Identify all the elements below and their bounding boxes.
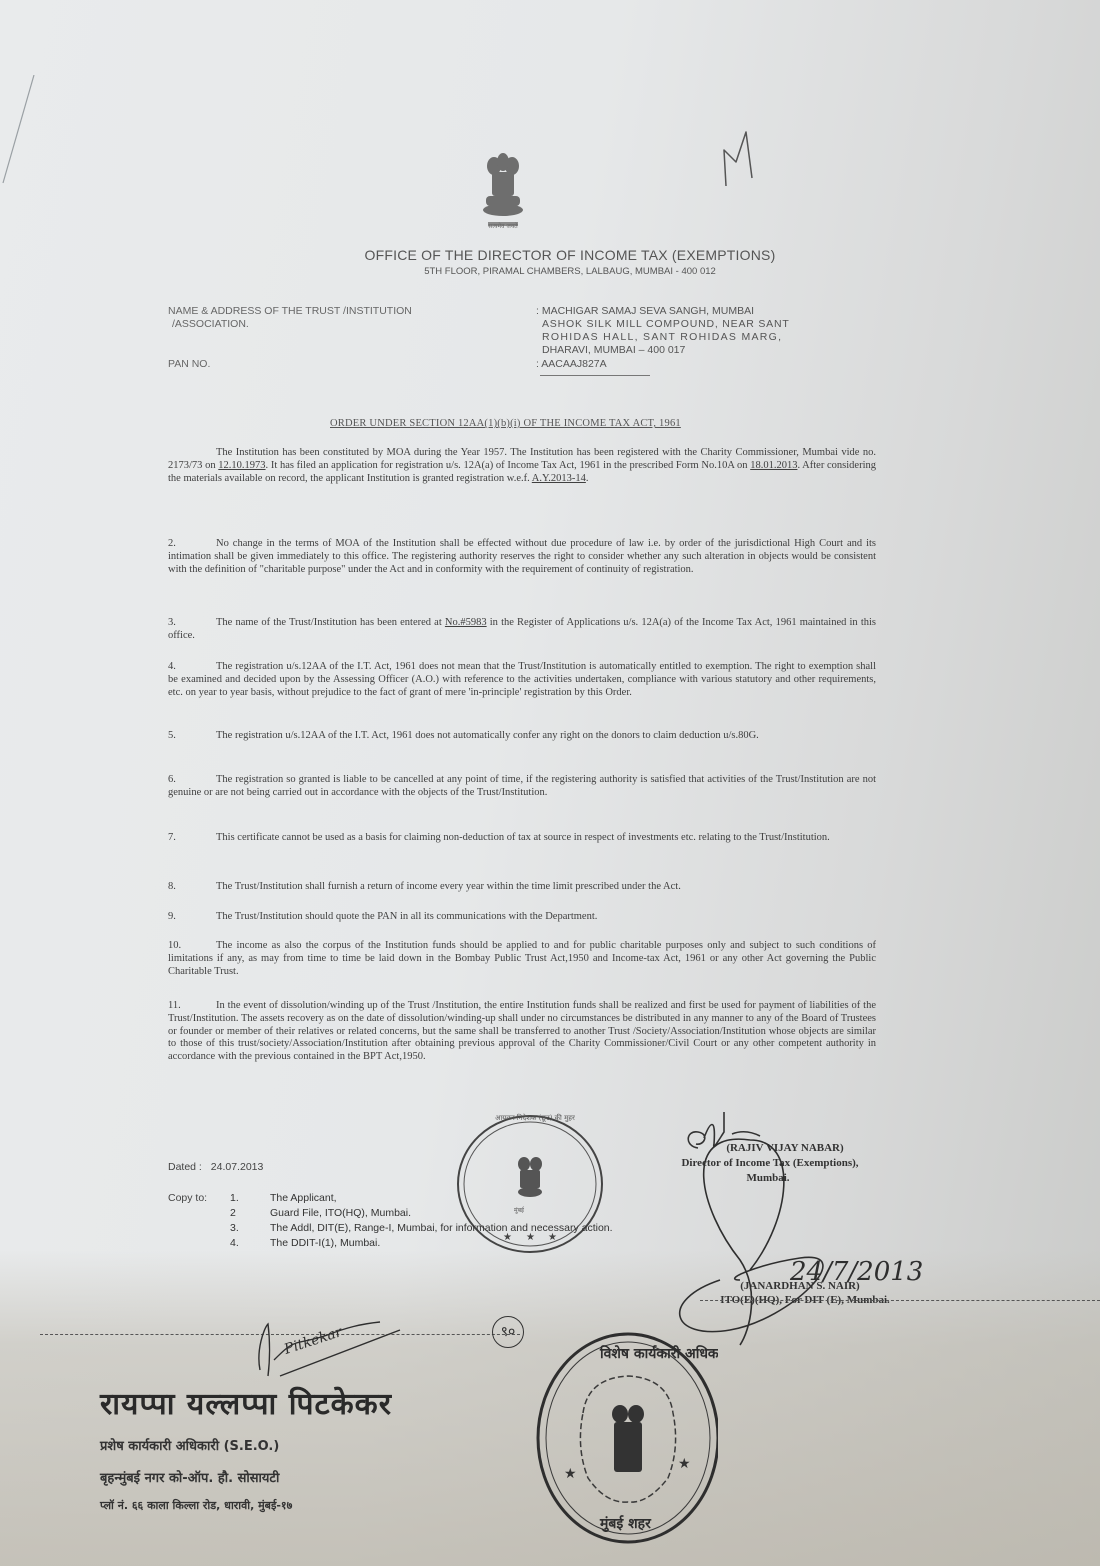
copy-to-item: 3.The Addl, DIT(E), Range-I, Mumbai, for… <box>230 1222 613 1234</box>
paragraph-10: 10.The income as also the corpus of the … <box>168 940 876 978</box>
emblem-caption: सत्यमेव जयते <box>474 222 532 230</box>
dated-value: 24.07.2013 <box>211 1161 264 1173</box>
stamp-separator-right <box>700 1300 1100 1301</box>
paragraph-9: 9.The Trust/Institution should quote the… <box>168 911 876 924</box>
order-date: Dated : 24.07.2013 <box>168 1161 263 1173</box>
director-name: (RAJIV VIJAY NABAR) <box>670 1142 900 1154</box>
paragraph-8: 8.The Trust/Institution shall furnish a … <box>168 881 876 894</box>
effective-assessment-year: A.Y.2013-14 <box>532 473 586 484</box>
seo-round-seal: ★ ★ विशेष कार्यकारी अधिकारी मुंबई शहर <box>528 1318 718 1548</box>
national-emblem-icon: सत्यमेव जयते <box>474 152 532 236</box>
trust-address-line: ASHOK SILK MILL COMPOUND, NEAR SANT <box>536 318 876 331</box>
trust-name-line: : MACHIGAR SAMAJ SEVA SANGH, MUMBAI <box>536 305 876 318</box>
office-title: OFFICE OF THE DIRECTOR OF INCOME TAX (EX… <box>290 247 850 263</box>
pan-value: : AACAAJ827A <box>536 358 876 371</box>
copy-to-label: Copy to: <box>168 1192 207 1204</box>
seo-designation: प्रशेष कार्यकारी अधिकारी (S.E.O.) <box>100 1436 279 1454</box>
copy-to-item: 1.The Applicant, <box>230 1192 337 1204</box>
handwritten-m-mark <box>720 128 770 198</box>
seo-society: बृहन्मुंबई नगर को-ऑप. हौ. सोसायटी <box>100 1468 279 1486</box>
trust-name-value: : MACHIGAR SAMAJ SEVA SANGH, MUMBAI ASHO… <box>536 305 876 357</box>
seal-hindi-text: आयकर निदेशक (छूट) की मुहर <box>480 1114 590 1123</box>
svg-text:★: ★ <box>564 1467 577 1482</box>
paragraph-5: 5.The registration u/s.12AA of the I.T. … <box>168 730 876 743</box>
register-number: No.#5983 <box>445 617 487 628</box>
director-designation: Director of Income Tax (Exemptions), <box>650 1157 890 1169</box>
svg-text:मुंबई: मुंबई <box>514 1206 525 1214</box>
copy-to-item: 4.The DDIT-I(1), Mumbai. <box>230 1237 380 1249</box>
folio-number: ९० <box>492 1316 524 1348</box>
paragraph-2: 2.No change in the terms of MOA of the I… <box>168 538 876 576</box>
svg-text:★: ★ <box>678 1457 691 1472</box>
svg-text:विशेष कार्यकारी अधिकारी: विशेष कार्यकारी अधिकारी <box>599 1345 718 1362</box>
svg-text:मुंबई शहर: मुंबई शहर <box>599 1515 652 1533</box>
attestation-name: (JANARDHAN S. NAIR) <box>700 1280 900 1292</box>
registration-date: 12.10.1973 <box>218 460 265 471</box>
paragraph-6: 6.The registration so granted is liable … <box>168 774 876 800</box>
pan-label: PAN NO. <box>168 358 210 371</box>
copy-to-item: 2Guard File, ITO(HQ), Mumbai. <box>230 1207 411 1219</box>
paragraph-7: 7.This certificate cannot be used as a b… <box>168 832 876 845</box>
seo-name-stamp: रायप्पा यल्लप्पा पिटकेकर <box>100 1382 392 1423</box>
dit-exemptions-seal: मुंबई ★ ★ ★ <box>448 1108 618 1258</box>
paragraph-11: 11.In the event of dissolution/winding u… <box>168 1000 876 1064</box>
margin-pencil-mark <box>0 75 40 185</box>
trust-name-label: NAME & ADDRESS OF THE TRUST /INSTITUTION… <box>168 305 412 331</box>
trust-address-line: DHARAVI, MUMBAI – 400 017 <box>536 344 876 357</box>
dated-label: Dated : <box>168 1161 202 1173</box>
application-date: 18.01.2013 <box>750 460 797 471</box>
paragraph-3: 3.The name of the Trust/Institution has … <box>168 617 876 643</box>
seo-address: प्लॉ नं. ६६ काला किल्ला रोड, धारावी, मुं… <box>100 1498 292 1513</box>
pan-underline <box>540 375 650 376</box>
paragraph-4: 4.The registration u/s.12AA of the I.T. … <box>168 661 876 699</box>
seo-signature: Pitkekar <box>250 1320 410 1380</box>
svg-text:Pitkekar: Pitkekar <box>281 1324 345 1358</box>
trust-name-label-line1: NAME & ADDRESS OF THE TRUST /INSTITUTION <box>168 305 412 318</box>
director-place: Mumbai. <box>718 1172 818 1184</box>
trust-address-line: ROHIDAS HALL, SANT ROHIDAS MARG, <box>536 331 876 344</box>
paragraph-1: The Institution has been constituted by … <box>168 447 876 485</box>
order-section-title: ORDER UNDER SECTION 12AA(1)(b)(i) OF THE… <box>330 418 790 429</box>
office-address: 5TH FLOOR, PIRAMAL CHAMBERS, LALBAUG, MU… <box>290 266 850 277</box>
trust-name-label-line2: /ASSOCIATION. <box>168 318 412 331</box>
stamp-separator-left <box>40 1334 520 1335</box>
